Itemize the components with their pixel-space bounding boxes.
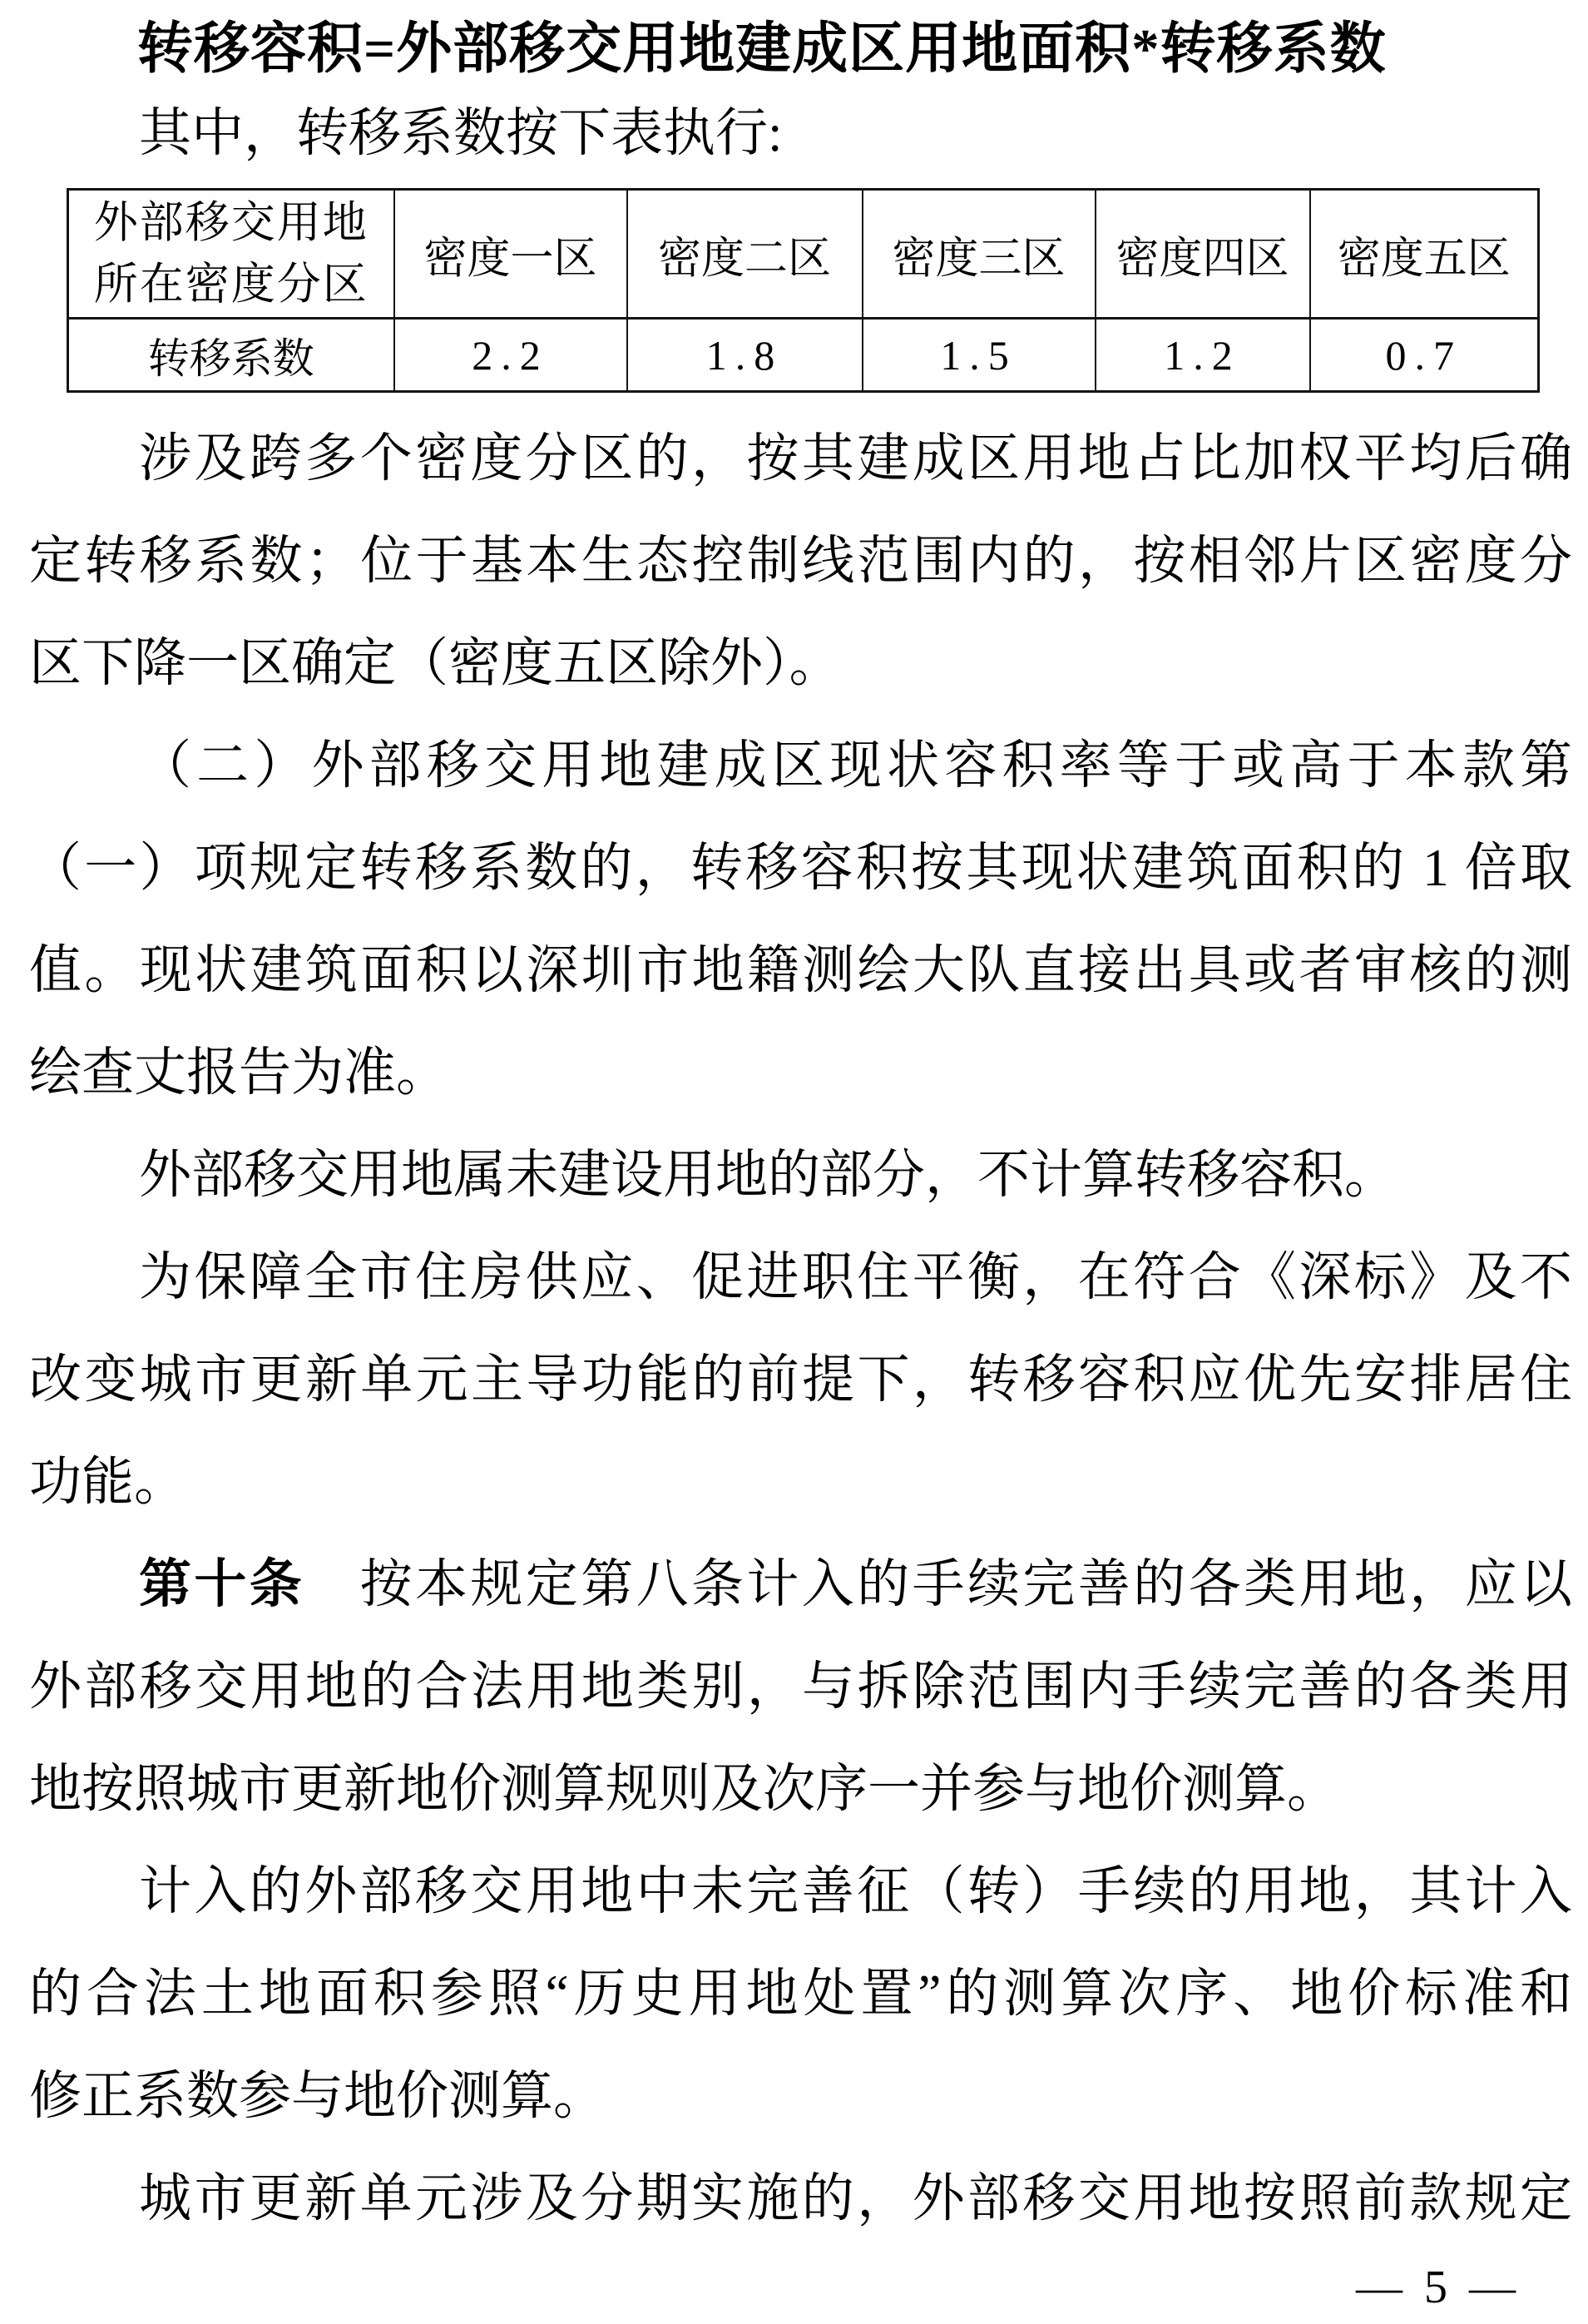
table-intro-line: 其中，转移系数按下表执行:: [29, 92, 1572, 175]
text-line: 绘查丈报告为准。: [29, 1022, 1572, 1124]
header-density-zone-line1: 外部移交用地: [69, 192, 393, 254]
text-line: 外部移交用地属未建设用地的部分，不计算转移容积。: [29, 1124, 1572, 1226]
header-density-zone-cell: 外部移交用地 所在密度分区: [68, 190, 394, 319]
text-line: 外部移交用地的合法用地类别，与拆除范围内手续完善的各类用: [29, 1636, 1572, 1738]
text-line-article-10: 第十条 按本规定第八条计入的手续完善的各类用地，应以: [29, 1534, 1572, 1636]
text-line: （二）外部移交用地建成区现状容积率等于或高于本款第: [29, 715, 1572, 817]
text-line: 区下降一区确定（密度五区除外）。: [29, 612, 1572, 715]
article-number: 第十条: [139, 1555, 304, 1613]
header-density-zone-line2: 所在密度分区: [69, 254, 393, 315]
table-data-row: 转移系数 2.2 1.8 1.5 1.2 0.7: [68, 319, 1539, 392]
table-header-row: 外部移交用地 所在密度分区 密度一区 密度二区 密度三区 密度四区 密度五区: [68, 190, 1539, 319]
text-line: 计入的外部移交用地中未完善征（转）手续的用地，其计入: [29, 1841, 1572, 1943]
text-line: 值。现状建筑面积以深圳市地籍测绘大队直接出具或者审核的测: [29, 919, 1572, 1022]
text-line: （一）项规定转移系数的，转移容积按其现状建筑面积的 1 倍取: [29, 817, 1572, 919]
transfer-coefficient-table: 外部移交用地 所在密度分区 密度一区 密度二区 密度三区 密度四区 密度五区 转…: [67, 188, 1540, 393]
text-line: 为保障全市住房供应、促进职住平衡，在符合《深标》及不: [29, 1226, 1572, 1329]
coef-value-1: 2.2: [394, 319, 627, 392]
header-zone-3: 密度三区: [863, 190, 1096, 319]
formula-heading: 转移容积=外部移交用地建成区用地面积*转移系数: [29, 7, 1572, 92]
coef-value-3: 1.5: [863, 319, 1096, 392]
text-line: 功能。: [29, 1431, 1572, 1534]
coef-value-2: 1.8: [627, 319, 863, 392]
coef-value-4: 1.2: [1096, 319, 1310, 392]
document-page: 转移容积=外部移交用地建成区用地面积*转移系数 其中，转移系数按下表执行: 外部…: [0, 0, 1588, 2324]
text-line: 定转移系数；位于基本生态控制线范围内的，按相邻片区密度分: [29, 510, 1572, 612]
header-zone-4: 密度四区: [1096, 190, 1310, 319]
header-zone-1: 密度一区: [394, 190, 627, 319]
page-number: — 5 —: [29, 2262, 1572, 2313]
header-zone-2: 密度二区: [627, 190, 863, 319]
text-line: 地按照城市更新地价测算规则及次序一并参与地价测算。: [29, 1738, 1572, 1841]
header-zone-5: 密度五区: [1310, 190, 1539, 319]
text-line: 修正系数参与地价测算。: [29, 2045, 1572, 2148]
article-text: 按本规定第八条计入的手续完善的各类用地，应以: [304, 1555, 1572, 1613]
text-line: 改变城市更新单元主导功能的前提下，转移容积应优先安排居住: [29, 1329, 1572, 1431]
coef-value-5: 0.7: [1310, 319, 1539, 392]
text-line: 的合法土地面积参照“历史用地处置”的测算次序、地价标准和: [29, 1943, 1572, 2045]
body-text: 涉及跨多个密度分区的，按其建成区用地占比加权平均后确 定转移系数；位于基本生态控…: [29, 408, 1572, 2250]
row-label-cell: 转移系数: [68, 319, 394, 392]
text-line: 城市更新单元涉及分期实施的，外部移交用地按照前款规定: [29, 2148, 1572, 2250]
text-line: 涉及跨多个密度分区的，按其建成区用地占比加权平均后确: [29, 408, 1572, 510]
